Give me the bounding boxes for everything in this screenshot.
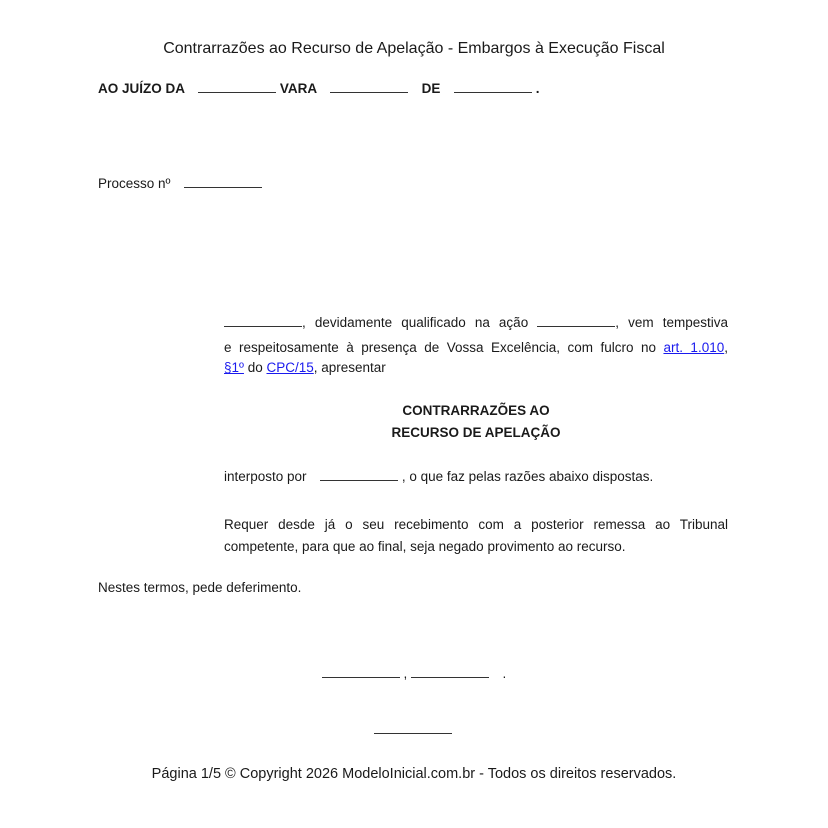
action-name-blank[interactable]	[537, 315, 615, 327]
section-title: CONTRARRAZÕES AO RECURSO DE APELAÇÃO	[224, 400, 728, 444]
page-footer: Página 1/5 © Copyright 2026 ModeloInicia…	[0, 766, 828, 782]
header-de-label: DE	[422, 81, 441, 96]
intro-text-5: , apresentar	[314, 360, 386, 375]
article-link[interactable]: art. 1.010	[663, 340, 724, 355]
request-line-1: Requer desde já o seu recebimento com a …	[224, 514, 728, 536]
interposed-paragraph: interposto por , o que faz pelas razões …	[224, 464, 728, 489]
place-date-line: , .	[0, 666, 828, 681]
process-label: Processo nº	[98, 176, 170, 191]
paragraph-link[interactable]: §1º	[224, 360, 244, 375]
intro-line-1: , devidamente qualificado na ação , vem …	[224, 310, 728, 335]
date-separator: ,	[403, 666, 407, 681]
court-header: AO JUÍZO DA VARA DE .	[98, 81, 539, 96]
section-title-line-2: RECURSO DE APELAÇÃO	[224, 422, 728, 444]
party-name-blank[interactable]	[224, 315, 302, 327]
court-location-blank[interactable]	[454, 81, 532, 93]
request-paragraph: Requer desde já o seu recebimento com a …	[224, 514, 728, 558]
request-line-2: competente, para que ao final, seja nega…	[224, 536, 728, 558]
section-title-line-1: CONTRARRAZÕES AO	[224, 400, 728, 422]
intro-paragraph: , devidamente qualificado na ação , vem …	[224, 310, 728, 376]
date-blank[interactable]	[411, 666, 489, 678]
interposed-text-2: , o que faz pelas razões abaixo disposta…	[402, 469, 653, 484]
closing-text: Nestes termos, pede deferimento.	[98, 580, 301, 595]
intro-text-2: , vem tempestiva	[615, 315, 728, 330]
signature-blank[interactable]	[374, 722, 452, 734]
header-end: .	[536, 81, 540, 96]
intro-comma: ,	[724, 340, 728, 355]
header-vara-label: VARA	[280, 81, 317, 96]
document-title: Contrarrazões ao Recurso de Apelação - E…	[0, 40, 828, 58]
intro-line-2: e respeitosamente à presença de Vossa Ex…	[224, 335, 728, 360]
court-number-blank[interactable]	[198, 81, 276, 93]
court-type-blank[interactable]	[330, 81, 408, 93]
process-number: Processo nº	[98, 176, 262, 191]
date-end: .	[503, 666, 507, 681]
cpc-link[interactable]: CPC/15	[266, 360, 313, 375]
intro-line-3: §1º do CPC/15, apresentar	[224, 360, 728, 376]
interposed-text-1: interposto por	[224, 469, 307, 484]
place-blank[interactable]	[322, 666, 400, 678]
intro-text-3: e respeitosamente à presença de Vossa Ex…	[224, 340, 656, 355]
intro-text-4: do	[244, 360, 267, 375]
appellant-blank[interactable]	[320, 469, 398, 481]
intro-text-1: , devidamente qualificado na ação	[302, 315, 528, 330]
signature-line	[374, 722, 452, 737]
process-number-blank[interactable]	[184, 176, 262, 188]
header-court-label: AO JUÍZO DA	[98, 81, 185, 96]
